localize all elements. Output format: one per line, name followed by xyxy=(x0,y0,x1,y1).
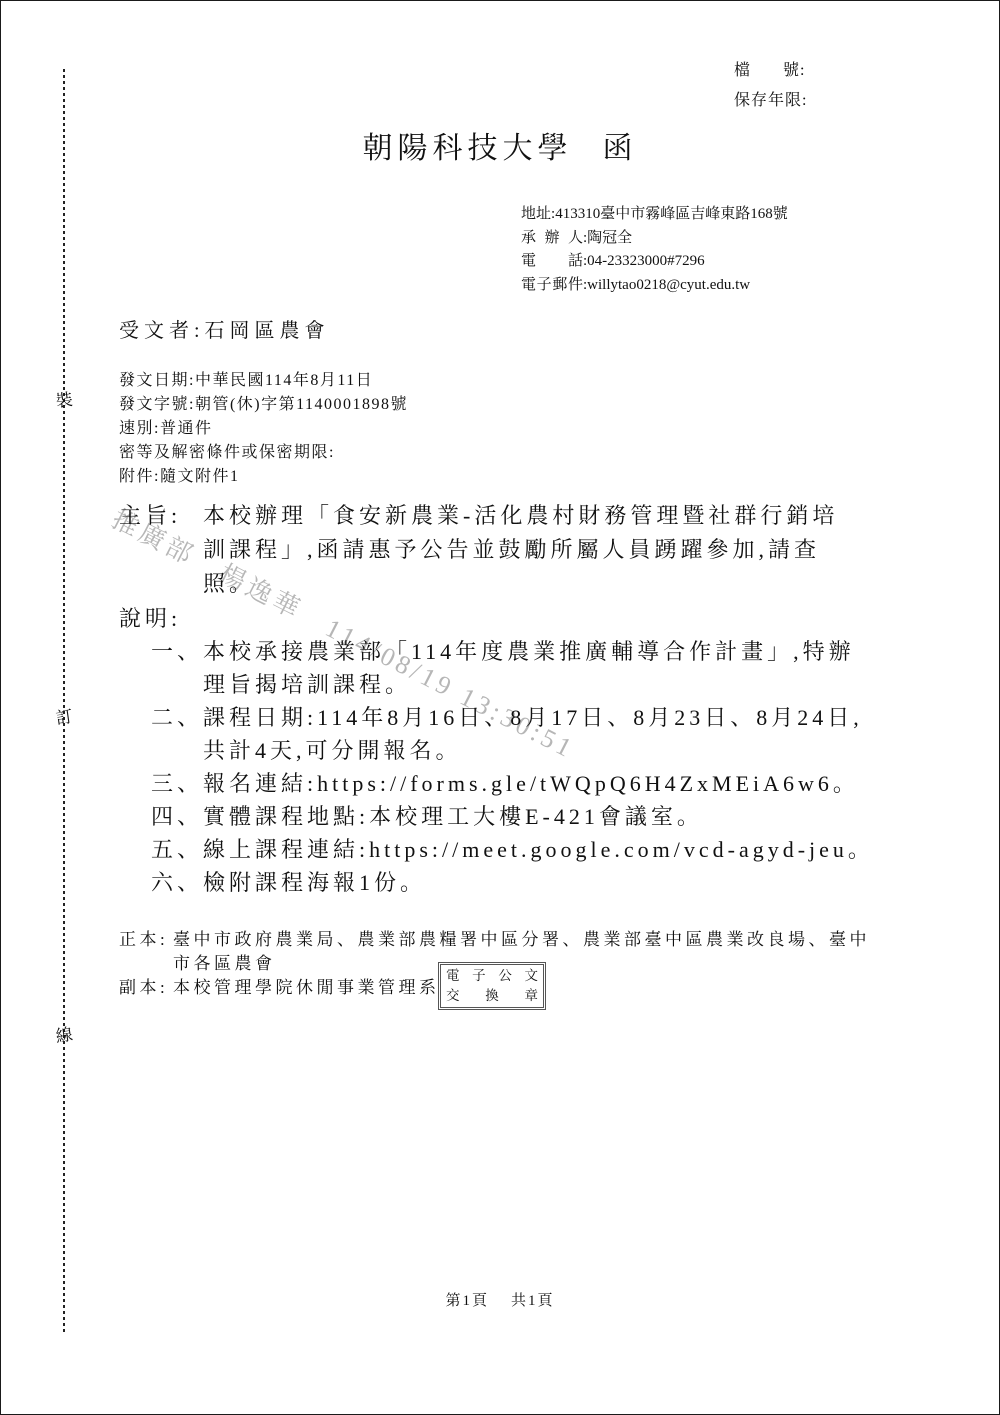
explanation-label: 說明: xyxy=(119,602,891,635)
contact-line-1: 承辦人:陶冠全 xyxy=(521,227,788,251)
subject-line-0: 本校辦理「食安新農業-活化農村財務管理暨社群行銷培 xyxy=(203,499,838,533)
contact-label-2: 電話 xyxy=(521,250,583,274)
file-number-colon: : xyxy=(800,62,805,79)
meta-line-1: 發文字號:朝管(休)字第1140001898號 xyxy=(119,393,891,417)
binding-char-zhuang: 裝 xyxy=(49,384,78,412)
electronic-exchange-stamp: 電子公文 交換章 xyxy=(438,962,546,1010)
item-lines-4: 線上課程連結:https://meet.google.com/vcd-agyd-… xyxy=(203,833,874,866)
stamp-line-2: 交換章 xyxy=(446,986,538,1006)
item-4-line-0: 線上課程連結:https://meet.google.com/vcd-agyd-… xyxy=(203,833,874,866)
archive-labels: 檔號: 保存年限: xyxy=(734,56,807,116)
item-number-5: 六、 xyxy=(151,866,203,899)
item-number-2: 三、 xyxy=(151,767,203,800)
item-lines-1: 課程日期:114年8月16日、8月17日、8月23日、8月24日,共計4天,可分… xyxy=(203,701,863,767)
org-name: 朝陽科技大學 xyxy=(363,132,573,165)
retention-colon: : xyxy=(802,92,807,109)
document-title: 朝陽科技大學函 xyxy=(1,123,999,167)
binding-dotted-line xyxy=(63,69,65,1333)
recipient-line: 受文者:石岡區農會 xyxy=(119,314,891,343)
binding-char-xian: 線 xyxy=(49,1019,78,1047)
meta-line-3: 密等及解密條件或保密期限: xyxy=(119,441,891,465)
letter-body: 受文者:石岡區農會 發文日期:中華民國114年8月11日發文字號:朝管(休)字第… xyxy=(119,314,891,1000)
subject-text: 本校辦理「食安新農業-活化農村財務管理暨社群行銷培訓課程」,函請惠予公告並鼓勵所… xyxy=(203,499,838,601)
meta-line-2: 速別:普通件 xyxy=(119,417,891,441)
item-lines-3: 實體課程地點:本校理工大樓E-421會議室。 xyxy=(203,800,703,833)
item-1-line-1: 共計4天,可分開報名。 xyxy=(203,734,863,767)
doc-type: 函 xyxy=(603,132,638,165)
contact-value-2: 04-23323000#7296 xyxy=(587,253,705,269)
item-number-0: 一、 xyxy=(151,635,203,701)
explanation-item-3: 四、實體課程地點:本校理工大樓E-421會議室。 xyxy=(119,800,891,833)
contact-block: 地址:413310臺中市霧峰區吉峰東路168號承辦人:陶冠全電話:04-2332… xyxy=(521,203,788,297)
item-number-3: 四、 xyxy=(151,800,203,833)
item-2-line-0: 報名連結:https://forms.gle/tWQpQ6H4ZxMEiA6w6… xyxy=(203,767,859,800)
explanation-item-4: 五、線上課程連結:https://meet.google.com/vcd-agy… xyxy=(119,833,891,866)
subject-section: 主旨: 本校辦理「食安新農業-活化農村財務管理暨社群行銷培訓課程」,函請惠予公告… xyxy=(119,499,891,601)
contact-line-3: 電子郵件:willytao0218@cyut.edu.tw xyxy=(521,274,788,298)
item-5-line-0: 檢附課程海報1份。 xyxy=(203,866,426,899)
retention-row: 保存年限: xyxy=(734,86,807,116)
subject-line-1: 訓課程」,函請惠予公告並鼓勵所屬人員踴躍參加,請查 xyxy=(203,533,838,567)
meta-block: 發文日期:中華民國114年8月11日發文字號:朝管(休)字第1140001898… xyxy=(119,369,891,489)
item-lines-2: 報名連結:https://forms.gle/tWQpQ6H4ZxMEiA6w6… xyxy=(203,767,859,800)
contact-value-1: 陶冠全 xyxy=(587,230,632,246)
item-lines-0: 本校承接農業部「114年度農業推廣輔導合作計畫」,特辦理旨揭培訓課程。 xyxy=(203,635,855,701)
original-copy-label: 正本: xyxy=(119,928,173,976)
contact-line-2: 電話:04-23323000#7296 xyxy=(521,250,788,274)
contact-value-3: willytao0218@cyut.edu.tw xyxy=(587,277,750,293)
explanation-item-2: 三、報名連結:https://forms.gle/tWQpQ6H4ZxMEiA6… xyxy=(119,767,891,800)
item-number-1: 二、 xyxy=(151,701,203,767)
original-line-0: 臺中市政府農業局、農業部農糧署中區分署、農業部臺中區農業改良場、臺中 xyxy=(173,928,870,952)
item-0-line-1: 理旨揭培訓課程。 xyxy=(203,668,855,701)
explanation-items: 一、本校承接農業部「114年度農業推廣輔導合作計畫」,特辦理旨揭培訓課程。二、課… xyxy=(119,635,891,899)
page-total: 共1頁 xyxy=(511,1293,555,1309)
official-letter-page: 裝 訂 線 推廣部 楊逸華 114/08/19 13:30:51 檔號: 保存年… xyxy=(0,0,1000,1415)
contact-label-3: 電子郵件 xyxy=(521,274,583,298)
cc-copy-recipients: 本校管理學院休閒事業管理系 xyxy=(173,976,440,1000)
item-3-line-0: 實體課程地點:本校理工大樓E-421會議室。 xyxy=(203,800,703,833)
explanation-item-5: 六、檢附課程海報1份。 xyxy=(119,866,891,899)
file-number-label: 檔號 xyxy=(734,56,800,86)
contact-line-0: 地址:413310臺中市霧峰區吉峰東路168號 xyxy=(521,203,788,227)
page-footer: 第1頁共1頁 xyxy=(1,1289,999,1310)
page-number: 第1頁 xyxy=(445,1293,489,1309)
contact-value-0: 413310臺中市霧峰區吉峰東路168號 xyxy=(555,206,788,222)
explanation-item-0: 一、本校承接農業部「114年度農業推廣輔導合作計畫」,特辦理旨揭培訓課程。 xyxy=(119,635,891,701)
cc-line-0: 本校管理學院休閒事業管理系 xyxy=(173,976,440,1000)
file-number-row: 檔號: xyxy=(734,56,807,86)
meta-line-0: 發文日期:中華民國114年8月11日 xyxy=(119,369,891,393)
retention-label: 保存年限 xyxy=(734,92,802,109)
stamp-line-1: 電子公文 xyxy=(446,966,538,986)
meta-line-4: 附件:隨文附件1 xyxy=(119,465,891,489)
subject-label: 主旨: xyxy=(119,499,203,601)
item-number-4: 五、 xyxy=(151,833,203,866)
binding-char-ding: 訂 xyxy=(49,701,78,729)
item-0-line-0: 本校承接農業部「114年度農業推廣輔導合作計畫」,特辦 xyxy=(203,635,855,668)
contact-label-0: 地址 xyxy=(521,203,551,227)
cc-copy-label: 副本: xyxy=(119,976,173,1000)
subject-line-2: 照。 xyxy=(203,567,838,601)
item-lines-5: 檢附課程海報1份。 xyxy=(203,866,426,899)
contact-label-1: 承辦人 xyxy=(521,227,583,251)
item-1-line-0: 課程日期:114年8月16日、8月17日、8月23日、8月24日, xyxy=(203,701,863,734)
stamp-inner: 電子公文 交換章 xyxy=(440,964,544,1008)
explanation-item-1: 二、課程日期:114年8月16日、8月17日、8月23日、8月24日,共計4天,… xyxy=(119,701,891,767)
